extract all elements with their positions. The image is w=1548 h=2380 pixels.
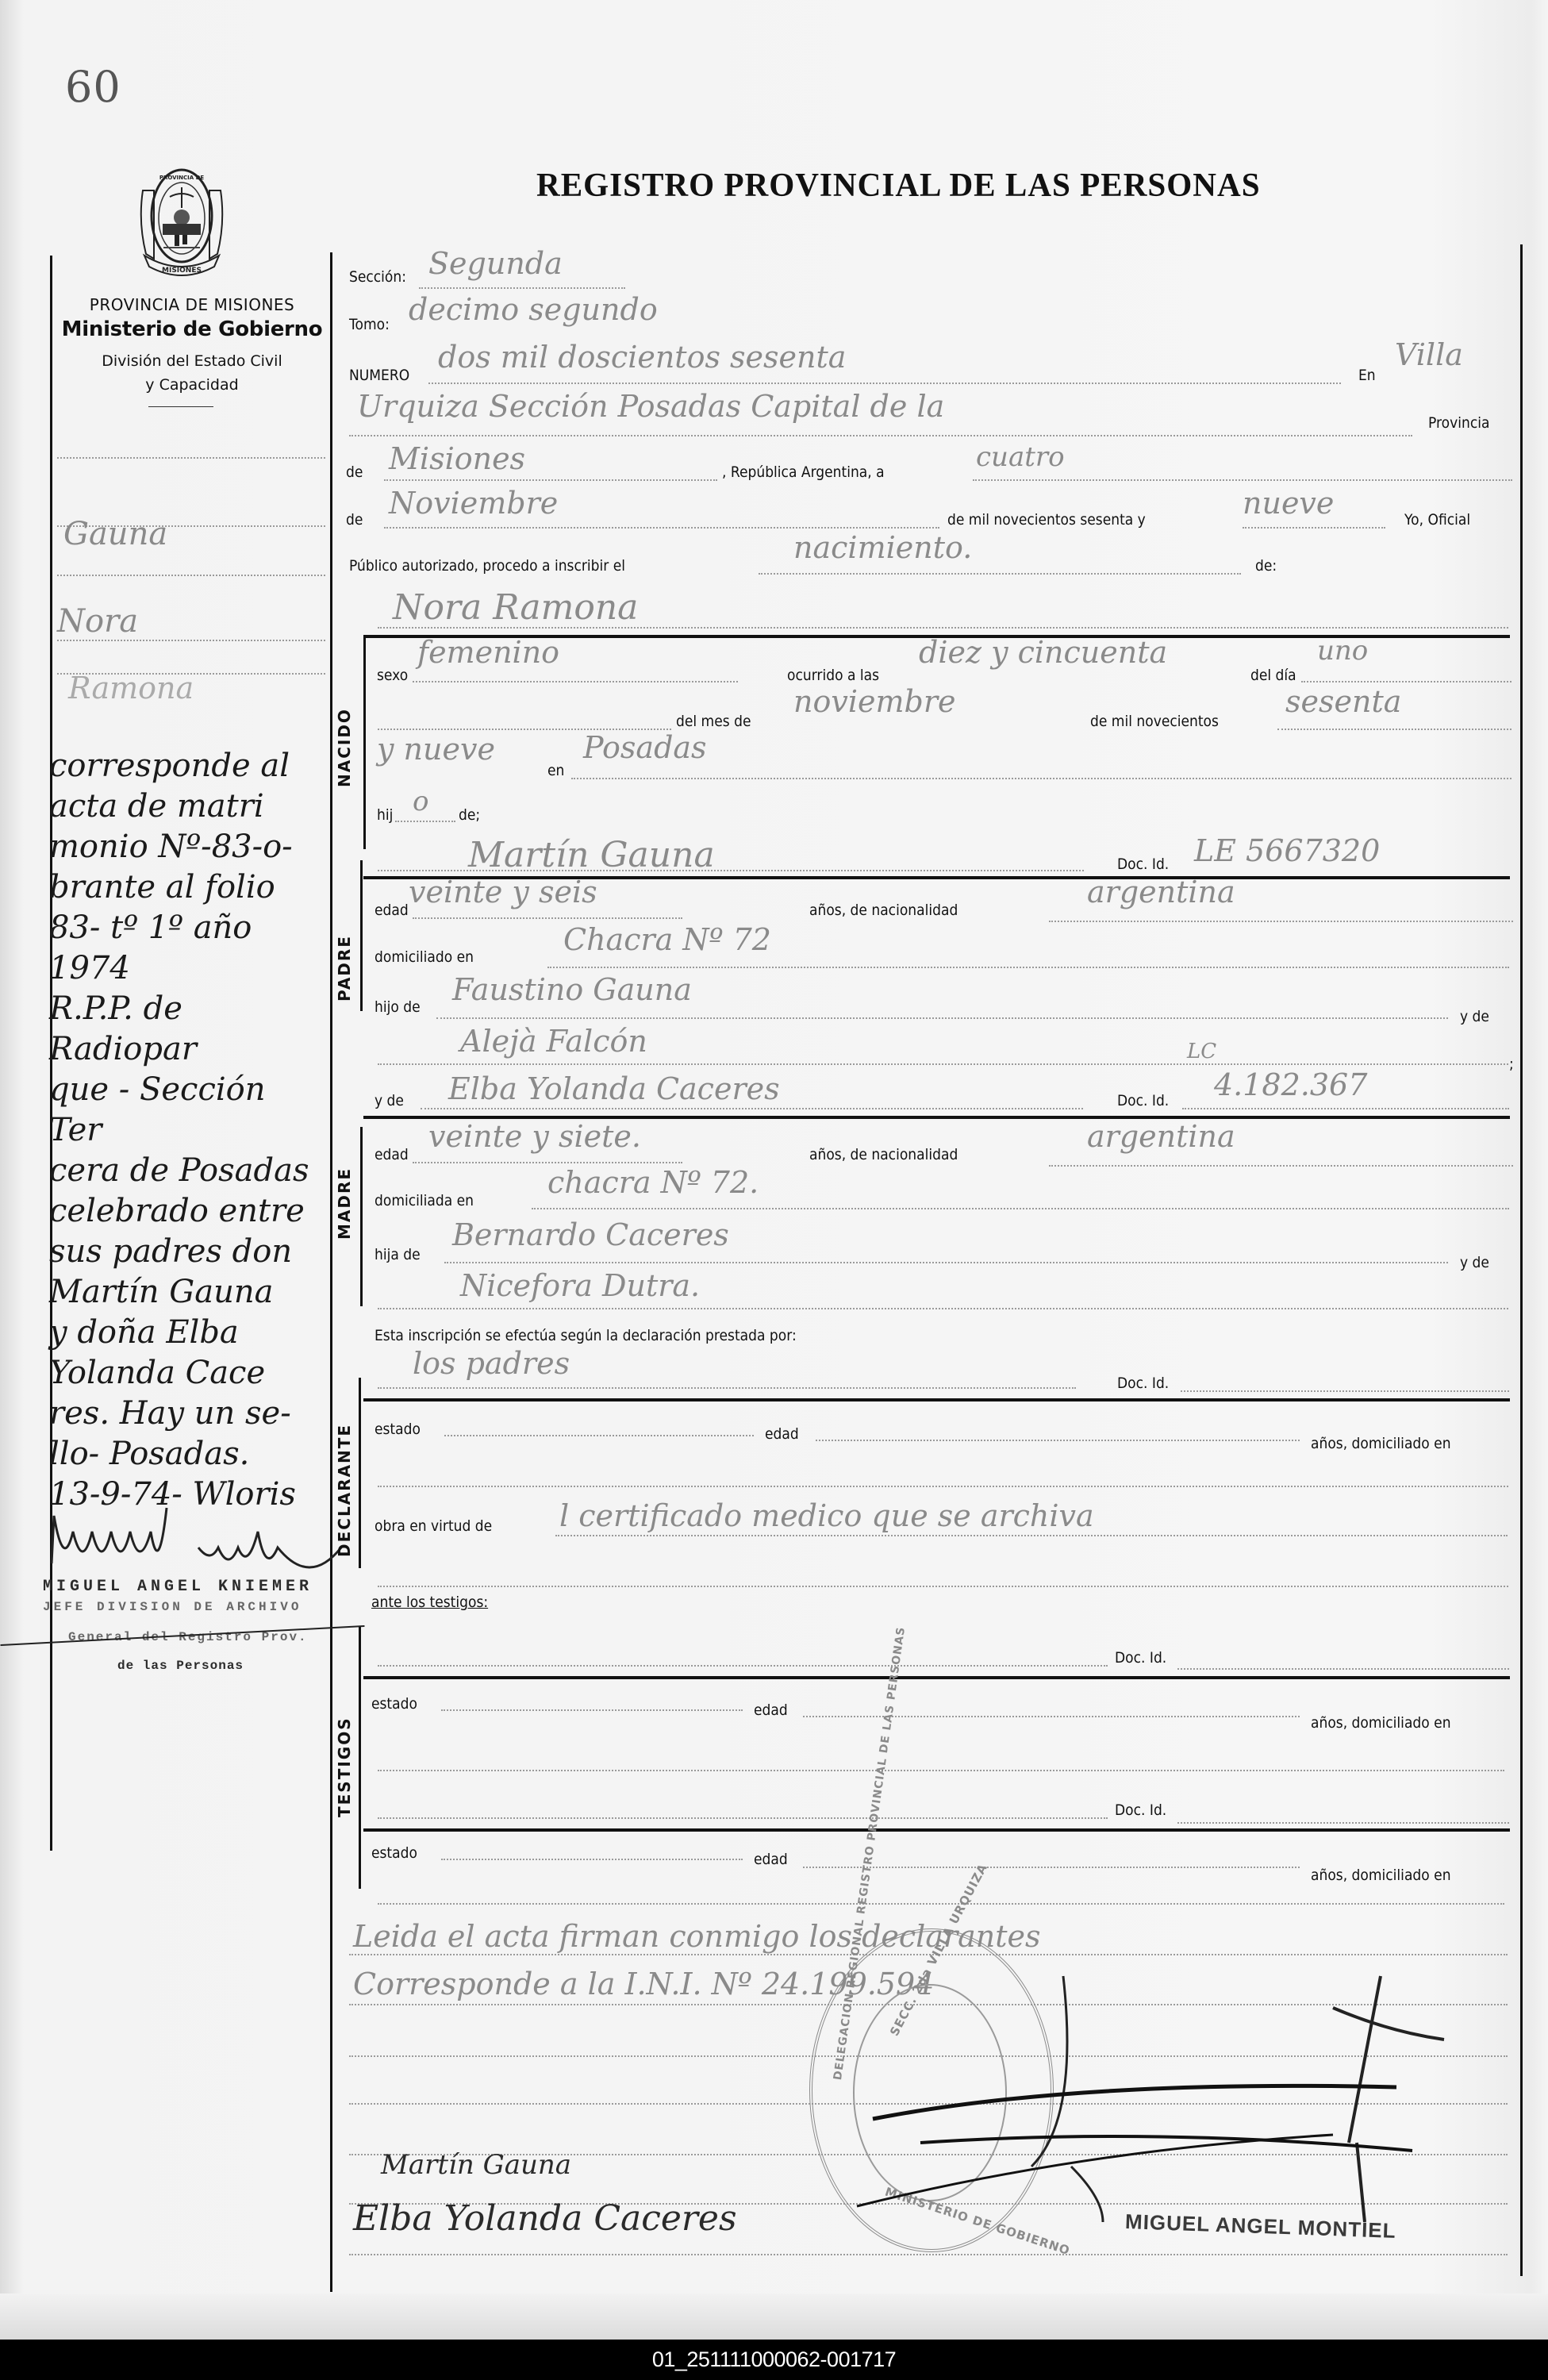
edad-field-line <box>413 1162 682 1163</box>
hij-label: hij <box>377 806 393 824</box>
nacionalidad-madre-field[interactable]: argentina <box>1087 1119 1235 1154</box>
hij-field-line <box>395 821 455 822</box>
margin-line: corresponde al <box>49 746 319 786</box>
testigo-2-name-line <box>378 1817 1108 1819</box>
mes-field[interactable]: Noviembre <box>389 486 558 521</box>
margin-line: brante al folio <box>49 867 319 908</box>
de-colon-label: de: <box>1255 557 1277 575</box>
edad-field-line <box>413 917 682 919</box>
division-label: División del Estado Civil <box>52 352 332 370</box>
domicilio-field-line <box>547 967 1509 968</box>
hija-label: hija de <box>375 1246 421 1263</box>
anio-field[interactable]: nueve <box>1243 486 1334 521</box>
section-divider <box>360 860 363 1011</box>
madre-nombre-field[interactable]: Elba Yolanda Caceres <box>448 1071 780 1106</box>
testigo-1-name-line <box>378 1665 1108 1667</box>
abuela-paterna-field[interactable]: Alejà Falcón <box>460 1024 647 1059</box>
lugar-field-line <box>571 778 1512 779</box>
anio-label: de mil novecientos sesenta y <box>947 511 1146 529</box>
margin-line: 83- tº 1º año 1974 <box>49 908 319 989</box>
tomo-field[interactable]: decimo segundo <box>409 292 658 327</box>
closing-rule <box>378 1903 1504 1905</box>
publico-label: Público autorizado, procedo a inscribir … <box>349 557 625 575</box>
en-label: En <box>1358 367 1376 384</box>
place-field[interactable]: Urquiza Sección Posadas Capital de la <box>357 389 944 424</box>
section-divider <box>359 1627 361 1889</box>
anio-nacido-field[interactable]: sesenta <box>1285 684 1401 719</box>
numero-field[interactable]: dos mil doscientos sesenta <box>438 340 846 375</box>
sexo-label: sexo <box>377 667 408 684</box>
margin-rule <box>57 575 325 576</box>
de-hij-label: de; <box>459 806 480 824</box>
margin-line: monio Nº-83-o- <box>49 827 319 867</box>
edad-field-line <box>803 1867 1300 1868</box>
declaracion-intro: Esta inscripción se efectúa según la dec… <box>375 1327 797 1344</box>
section-rule <box>363 1676 1510 1679</box>
official-signature-icon <box>841 1960 1476 2222</box>
margin-stamp-title-2: General del Registro Prov. <box>68 1630 308 1644</box>
provincia-label: Provincia <box>1428 414 1489 432</box>
doc-id-declarante-label: Doc. Id. <box>1117 1375 1169 1392</box>
lugar-field[interactable]: Posadas <box>583 730 707 765</box>
divider <box>148 406 213 407</box>
seccion-field[interactable]: Segunda <box>428 246 563 281</box>
estado-label: estado <box>375 1421 421 1438</box>
province-emblem-icon: MISIONES PROVINCIA DE <box>135 159 229 278</box>
testigo-2-domicilio-label: años, domiciliado en <box>1311 1867 1451 1884</box>
nacionalidad-padre-field[interactable]: argentina <box>1087 875 1235 909</box>
domicilio-label: domiciliado en <box>375 948 474 966</box>
margin-line: celebrado entre <box>49 1191 319 1232</box>
margin-rule <box>57 640 325 641</box>
abuela-field-line <box>378 1308 1508 1309</box>
sexo-field-line <box>413 681 738 682</box>
testigo-1-domicilio-label: años, domiciliado en <box>1311 1714 1451 1732</box>
republica-label: , República Argentina, a <box>722 463 885 481</box>
domicilio-padre-field[interactable]: Chacra Nº 72 <box>563 922 771 957</box>
mes-label: del mes de <box>676 713 751 730</box>
division-label-2: y Capacidad <box>52 376 332 394</box>
doc-id-madre-label: Doc. Id. <box>1117 1092 1169 1109</box>
hora-label: ocurrido a las <box>787 667 879 684</box>
nacionalidad-madre-label: años, de nacionalidad <box>809 1146 958 1163</box>
hora-field[interactable]: diez y cincuenta <box>919 635 1167 670</box>
en-nacido-label: en <box>547 762 564 779</box>
mes-nacido-field[interactable]: noviembre <box>793 684 955 719</box>
nacionalidad-label: años, de nacionalidad <box>809 902 958 919</box>
margin-line: R.P.P. de Radiopar <box>49 989 319 1070</box>
de-label: de <box>346 463 363 481</box>
obra-field-line <box>555 1535 1508 1536</box>
margin-line: Yolanda Cace <box>49 1353 319 1394</box>
testigo-2-estado-label: estado <box>371 1844 417 1862</box>
document-page: 60 MISIONES PROVINCIA DE REGISTRO PROVIN… <box>0 0 1548 2340</box>
dia-nacido-field[interactable]: uno <box>1317 635 1368 667</box>
nacionalidad-field-line <box>1049 921 1513 922</box>
domicilio-madre-label: domiciliada en <box>375 1192 474 1209</box>
margin-line: sus padres don <box>49 1232 319 1272</box>
svg-text:MISIONES: MISIONES <box>162 267 202 275</box>
testigos-intro-label: ante los testigos: <box>371 1594 488 1611</box>
margin-stamp-title: JEFE DIVISION DE ARCHIVO <box>43 1600 302 1614</box>
acto-field-line <box>759 573 1241 575</box>
edad-declarante-label: edad <box>765 1425 799 1443</box>
semicolon: ; <box>1509 1055 1514 1073</box>
margin-line: y doña Elba <box>49 1313 319 1353</box>
anio-nacido-label: de mil novecientos <box>1090 713 1219 730</box>
left-panel-divider <box>330 252 332 2292</box>
domicilio-field-line <box>378 1486 1508 1487</box>
provincia-field-line <box>384 479 717 481</box>
sexo-field[interactable]: femenino <box>417 635 559 670</box>
doc-id-field[interactable]: LE 5667320 <box>1194 833 1380 868</box>
svg-text:PROVINCIA DE: PROVINCIA DE <box>159 175 205 181</box>
document-title: REGISTRO PROVINCIAL DE LAS PERSONAS <box>536 167 1261 205</box>
domicilio-field-line <box>532 1208 1509 1209</box>
anio-field-line <box>1277 729 1512 730</box>
doc-field-line <box>1177 1668 1509 1670</box>
hijo-label: hijo de <box>375 998 421 1016</box>
estado-field-line <box>441 1709 743 1711</box>
domicilio-madre-field[interactable]: chacra Nº 72. <box>547 1165 759 1200</box>
testigo-1-doc-label: Doc. Id. <box>1115 1649 1166 1667</box>
anio-nacido-field-2[interactable]: y nueve <box>377 732 495 767</box>
domicilio-declarante-label: años, domiciliado en <box>1311 1435 1451 1452</box>
section-divider <box>359 1378 361 1568</box>
dia-label: del día <box>1250 667 1296 684</box>
tomo-label: Tomo: <box>349 316 390 333</box>
declarante-field-line <box>378 1387 1076 1389</box>
testigo-1-edad-label: edad <box>754 1701 788 1719</box>
section-label-nacido: NACIDO <box>335 708 354 787</box>
hijo-field-line <box>436 1017 1448 1019</box>
seccion-field-line <box>419 287 625 289</box>
doc-field-line <box>1181 1390 1509 1392</box>
nombre-field[interactable]: Nora Ramona <box>393 587 638 628</box>
hija-field-line <box>444 1262 1448 1263</box>
margin-stamp-title-3: de las Personas <box>117 1659 244 1673</box>
closing-rule <box>349 2254 1508 2255</box>
testigo-1-estado-label: estado <box>371 1695 417 1713</box>
form-right-border <box>1520 244 1523 2276</box>
en-field[interactable]: Villa <box>1395 337 1463 372</box>
signature-mother: Elba Yolanda Caceres <box>353 2198 737 2239</box>
testigo-2-doc-label: Doc. Id. <box>1115 1801 1166 1819</box>
margin-line: que - Sección Ter <box>49 1070 319 1151</box>
section-divider <box>363 635 366 849</box>
doc-id-madre-field[interactable]: 4.182.367 <box>1214 1067 1367 1102</box>
abuela-materna-field[interactable]: Nicefora Dutra. <box>460 1268 700 1303</box>
place-field-line <box>349 435 1412 436</box>
edad-label: edad <box>375 902 409 919</box>
y-de-madre-label: y de <box>1460 1254 1489 1271</box>
section-divider <box>360 1127 363 1306</box>
margin-line: llo- Posadas. <box>49 1434 319 1475</box>
edad-field-line <box>816 1440 1300 1441</box>
margin-nombre-2: Ramona <box>68 671 194 706</box>
blank-field-line <box>378 1586 1508 1587</box>
anio-field-line <box>1243 527 1385 529</box>
margin-line: Martín Gauna <box>49 1272 319 1313</box>
dia-field-line <box>973 479 1512 481</box>
section-rule <box>363 1828 1510 1832</box>
doc-field-line <box>1182 1108 1509 1109</box>
padre-nombre-line <box>378 870 1084 871</box>
margin-line: res. Hay un se- <box>49 1394 319 1434</box>
hij-field[interactable]: o <box>413 786 428 817</box>
estado-field-line <box>444 1435 754 1436</box>
ministry-label: Ministerio de Gobierno <box>52 317 332 341</box>
page-edge <box>0 2293 1548 2340</box>
signature-father: Martín Gauna <box>381 2149 571 2181</box>
nombre-field-line <box>378 627 1508 629</box>
madre-nombre-line <box>421 1108 1083 1109</box>
doc-prefix: LC <box>1187 1040 1216 1063</box>
section-label-declarante: DECLARANTE <box>335 1424 354 1557</box>
edad-field-line <box>803 1716 1300 1717</box>
mes-field-line <box>384 527 939 529</box>
oficial-label: Yo, Oficial <box>1404 511 1470 529</box>
y-de-label-2: y de <box>375 1092 404 1109</box>
dia-field[interactable]: cuatro <box>976 441 1065 473</box>
section-label-testigos: TESTIGOS <box>335 1717 354 1817</box>
margin-line: acta de matri <box>49 786 319 827</box>
margin-apellido: Gauna <box>63 516 167 552</box>
margin-annotation: corresponde al acta de matri monio Nº-83… <box>49 746 319 1515</box>
section-label-madre: MADRE <box>335 1167 354 1240</box>
testigo-2-edad-label: edad <box>754 1851 788 1868</box>
estado-field-line <box>441 1859 743 1860</box>
margin-stamp-name: MIGUEL ANGEL KNIEMER <box>43 1578 313 1596</box>
province-label: PROVINCIA DE MISIONES <box>52 295 332 314</box>
declarante-field[interactable]: los padres <box>413 1346 570 1381</box>
edad-padre-field[interactable]: veinte y seis <box>409 875 597 909</box>
edad-madre-label: edad <box>375 1146 409 1163</box>
acto-field[interactable]: nacimiento. <box>793 530 972 565</box>
provincia-field[interactable]: Misiones <box>389 441 525 476</box>
dia-field-line <box>1301 681 1512 682</box>
obra-label: obra en virtud de <box>375 1517 492 1535</box>
image-id-label: 01_251111000062-001717 <box>0 2340 1548 2380</box>
domicilio-field-line <box>378 1770 1504 1771</box>
margin-nombre-1: Nora <box>57 603 138 640</box>
margin-signature-icon <box>48 1500 381 1587</box>
abuela-field-line <box>378 1063 1508 1065</box>
abuelo-paterno-field[interactable]: Faustino Gauna <box>452 972 692 1007</box>
doc-field-line <box>1177 1822 1509 1824</box>
edad-madre-field[interactable]: veinte y siete. <box>428 1119 641 1154</box>
abuelo-materno-field[interactable]: Bernardo Caceres <box>452 1217 729 1252</box>
seccion-label: Sección: <box>349 268 406 286</box>
doc-id-label: Doc. Id. <box>1117 855 1169 873</box>
page-number: 60 <box>65 62 121 112</box>
nacionalidad-field-line <box>1049 1165 1513 1167</box>
margin-line: cera de Posadas <box>49 1151 319 1191</box>
margin-rule <box>57 457 325 459</box>
numero-label: NUMERO <box>349 367 409 384</box>
section-label-padre: PADRE <box>335 935 354 1002</box>
numero-field-line <box>428 383 1341 384</box>
section-rule <box>363 1398 1510 1401</box>
obra-field[interactable]: l certificado medico que se archiva <box>559 1498 1094 1533</box>
de-label-2: de <box>346 511 363 529</box>
y-de-label: y de <box>1460 1008 1489 1025</box>
